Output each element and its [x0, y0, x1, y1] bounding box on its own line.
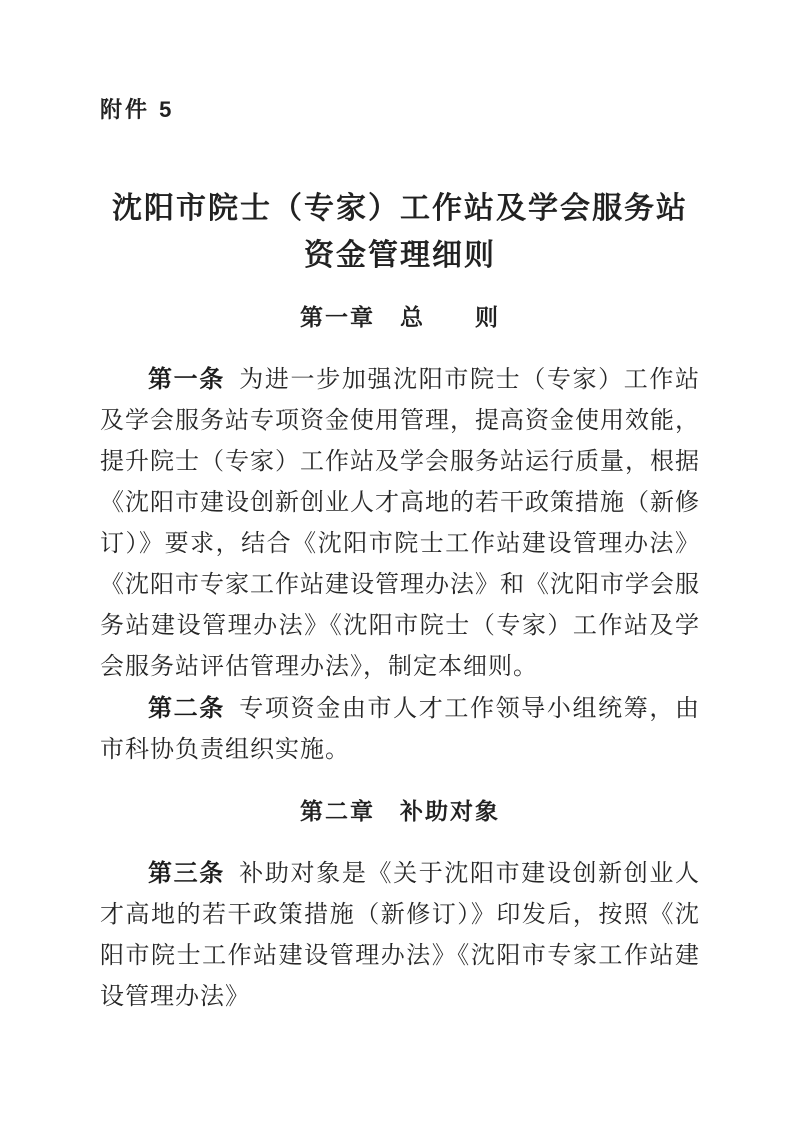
chapter-2-heading: 第二章 补助对象 — [100, 795, 700, 827]
document-page: 附件 5 沈阳市院士（专家）工作站及学会服务站 资金管理细则 第一章 总 则 第… — [0, 0, 800, 1132]
article-1-text: 为进一步加强沈阳市院士（专家）工作站及学会服务站专项资金使用管理，提高资金使用效… — [100, 367, 700, 680]
chapter-1-heading: 第一章 总 则 — [100, 301, 700, 333]
document-title-line2: 资金管理细则 — [100, 232, 700, 279]
article-1-number: 第一条 — [148, 366, 225, 393]
article-3-number: 第三条 — [148, 860, 225, 887]
article-1: 第一条为进一步加强沈阳市院士（专家）工作站及学会服务站专项资金使用管理，提高资金… — [100, 359, 700, 688]
article-2-number: 第二条 — [148, 695, 225, 722]
attachment-label: 附件 5 — [100, 97, 700, 123]
article-2: 第二条专项资金由市人才工作领导小组统筹，由市科协负责组织实施。 — [100, 688, 700, 771]
article-3: 第三条补助对象是《关于沈阳市建设创新创业人才高地的若干政策措施（新修订）》印发后… — [100, 853, 700, 1018]
document-title: 沈阳市院士（专家）工作站及学会服务站 资金管理细则 — [100, 185, 700, 279]
document-title-line1: 沈阳市院士（专家）工作站及学会服务站 — [100, 185, 700, 232]
